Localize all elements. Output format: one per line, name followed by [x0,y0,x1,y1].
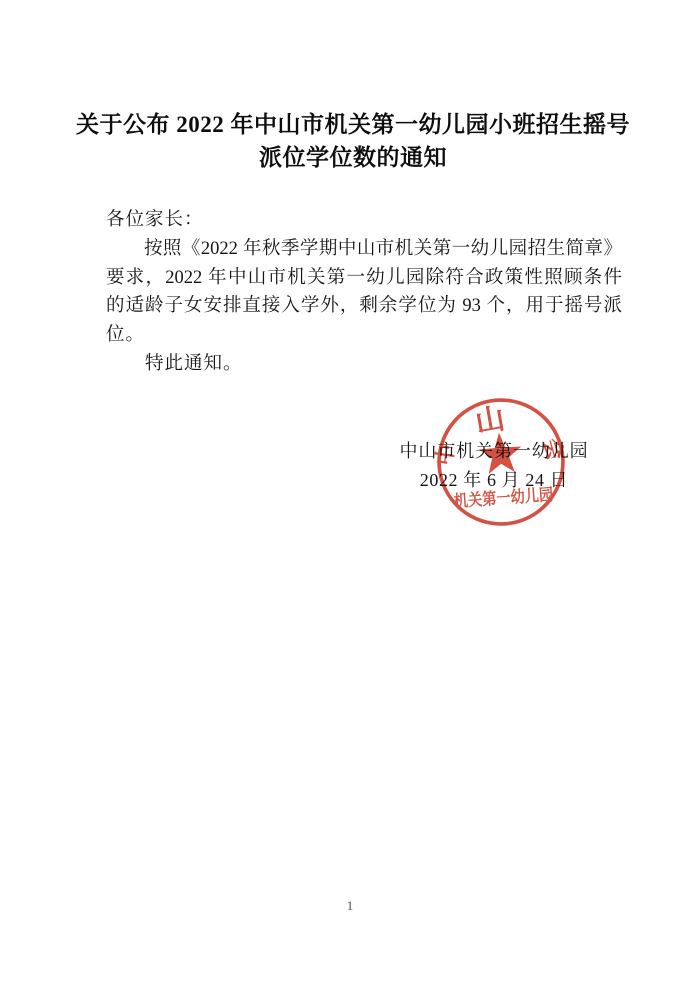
page-number: 1 [0,899,700,914]
signature-date: 2022 年 6 月 24 日 [397,466,591,495]
notice-document-page: 关于公布 2022 年中山市机关第一幼儿园小班招生摇号 派位学位数的通知 各位家… [0,0,700,990]
body-line: 要求，2022 年中山市机关第一幼儿园除符合政策性照顾条件 [106,264,622,293]
signature-organization: 中山市机关第一幼儿园 [397,437,591,466]
signature-block: 中山市机关第一幼儿园 2022 年 6 月 24 日 [397,437,591,495]
body-line: 按照《2022 年秋季学期中山市机关第一幼儿园招生简章》 [106,235,622,264]
document-body: 各位家长： 按照《2022 年秋季学期中山市机关第一幼儿园招生简章》 要求，20… [106,206,622,379]
body-line-salutation: 各位家长： [106,206,622,235]
document-title-line2: 派位学位数的通知 [40,141,666,174]
body-line: 的适龄子女安排直接入学外，剩余学位为 93 个，用于摇号派 [106,292,622,321]
body-line: 位。 [106,321,622,350]
seal-ring-char-top: 山 [473,403,508,440]
body-line-closing: 特此通知。 [106,350,622,379]
document-title: 关于公布 2022 年中山市机关第一幼儿园小班招生摇号 派位学位数的通知 [40,108,666,174]
document-title-line1: 关于公布 2022 年中山市机关第一幼儿园小班招生摇号 [40,108,666,141]
